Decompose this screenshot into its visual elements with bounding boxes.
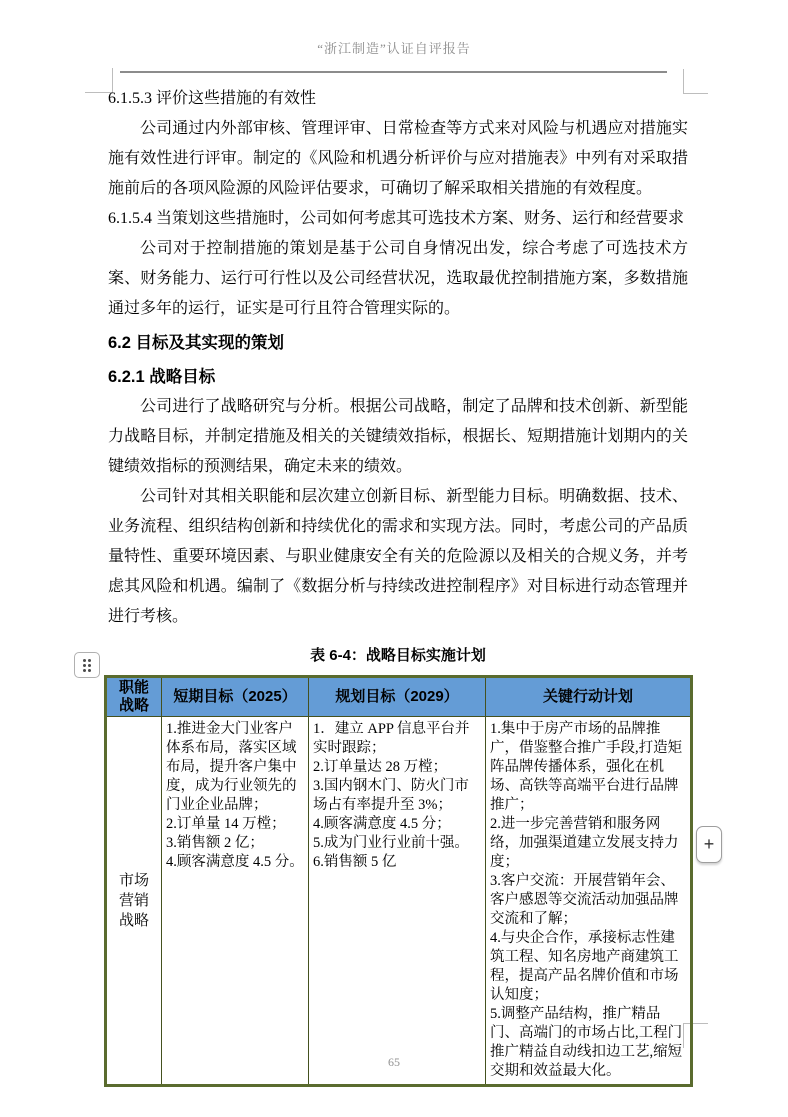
page-number: 65 [0, 1055, 788, 1070]
document-page: { "header": { "title": "“浙江制造”认证自评报告" },… [0, 0, 788, 1117]
header-divider [120, 71, 667, 73]
table-header-row: 职能 战略 短期目标（2025） 规划目标（2029） 关键行动计划 [106, 677, 692, 717]
insert-plus-button[interactable]: + [696, 826, 722, 863]
cell-key-actions: 1.集中于房产市场的品牌推广，借鉴整合推广手段,打造矩阵品牌传播体系，强化在机场… [486, 717, 692, 1086]
paragraph-objectives-management: 公司针对其相关职能和层次建立创新目标、新型能力目标。明确数据、技术、业务流程、组… [108, 482, 688, 632]
page-header-title: “浙江制造”认证自评报告 [0, 38, 788, 57]
column-header-key-action-plan: 关键行动计划 [486, 677, 692, 717]
strategy-objectives-table: 职能 战略 短期目标（2025） 规划目标（2029） 关键行动计划 市场 营销… [104, 675, 693, 1087]
document-body: 6.1.5.3 评价这些措施的有效性 公司通过内外部审核、管理评审、日常检查等方… [108, 84, 688, 1087]
cell-planning-goals: 1．建立 APP 信息平台并实时跟踪； 2.订单量达 28 万樘； 3.国内钢木… [309, 717, 486, 1086]
heading-6-2-1: 6.2.1 战略目标 [108, 362, 688, 392]
heading-6-1-5-4: 6.1.5.4 当策划这些措施时，公司如何考虑其可选技术方案、财务、运行和经营要… [108, 204, 688, 234]
column-header-function-strategy: 职能 战略 [106, 677, 162, 717]
paragraph-strategy-analysis: 公司进行了战略研究与分析。根据公司战略，制定了品牌和技术创新、新型能力战略目标，… [108, 392, 688, 482]
table-caption: 表 6-4：战略目标实施计划 [108, 644, 688, 665]
table-drag-handle[interactable] [74, 652, 100, 678]
table-row: 市场 营销 战略 1.推进金大门业客户体系布局，落实区域布局，提升客户集中度，成… [106, 717, 692, 1086]
cell-short-term-goals: 1.推进金大门业客户体系布局，落实区域布局，提升客户集中度，成为行业领先的门业企… [162, 717, 309, 1086]
paragraph-control-measures: 公司对于控制措施的策划是基于公司自身情况出发，综合考虑了可选技术方案、财务能力、… [108, 234, 688, 324]
cell-marketing-strategy: 市场 营销 战略 [106, 717, 162, 1086]
heading-6-1-5-3: 6.1.5.3 评价这些措施的有效性 [108, 84, 688, 114]
drag-dots-icon [83, 659, 91, 672]
column-header-short-term-goal: 短期目标（2025） [162, 677, 309, 717]
paragraph-risk-evaluation: 公司通过内外部审核、管理评审、日常检查等方式来对风险与机遇应对措施实施有效性进行… [108, 114, 688, 204]
heading-6-2: 6.2 目标及其实现的策划 [108, 328, 688, 358]
column-header-planning-goal: 规划目标（2029） [309, 677, 486, 717]
